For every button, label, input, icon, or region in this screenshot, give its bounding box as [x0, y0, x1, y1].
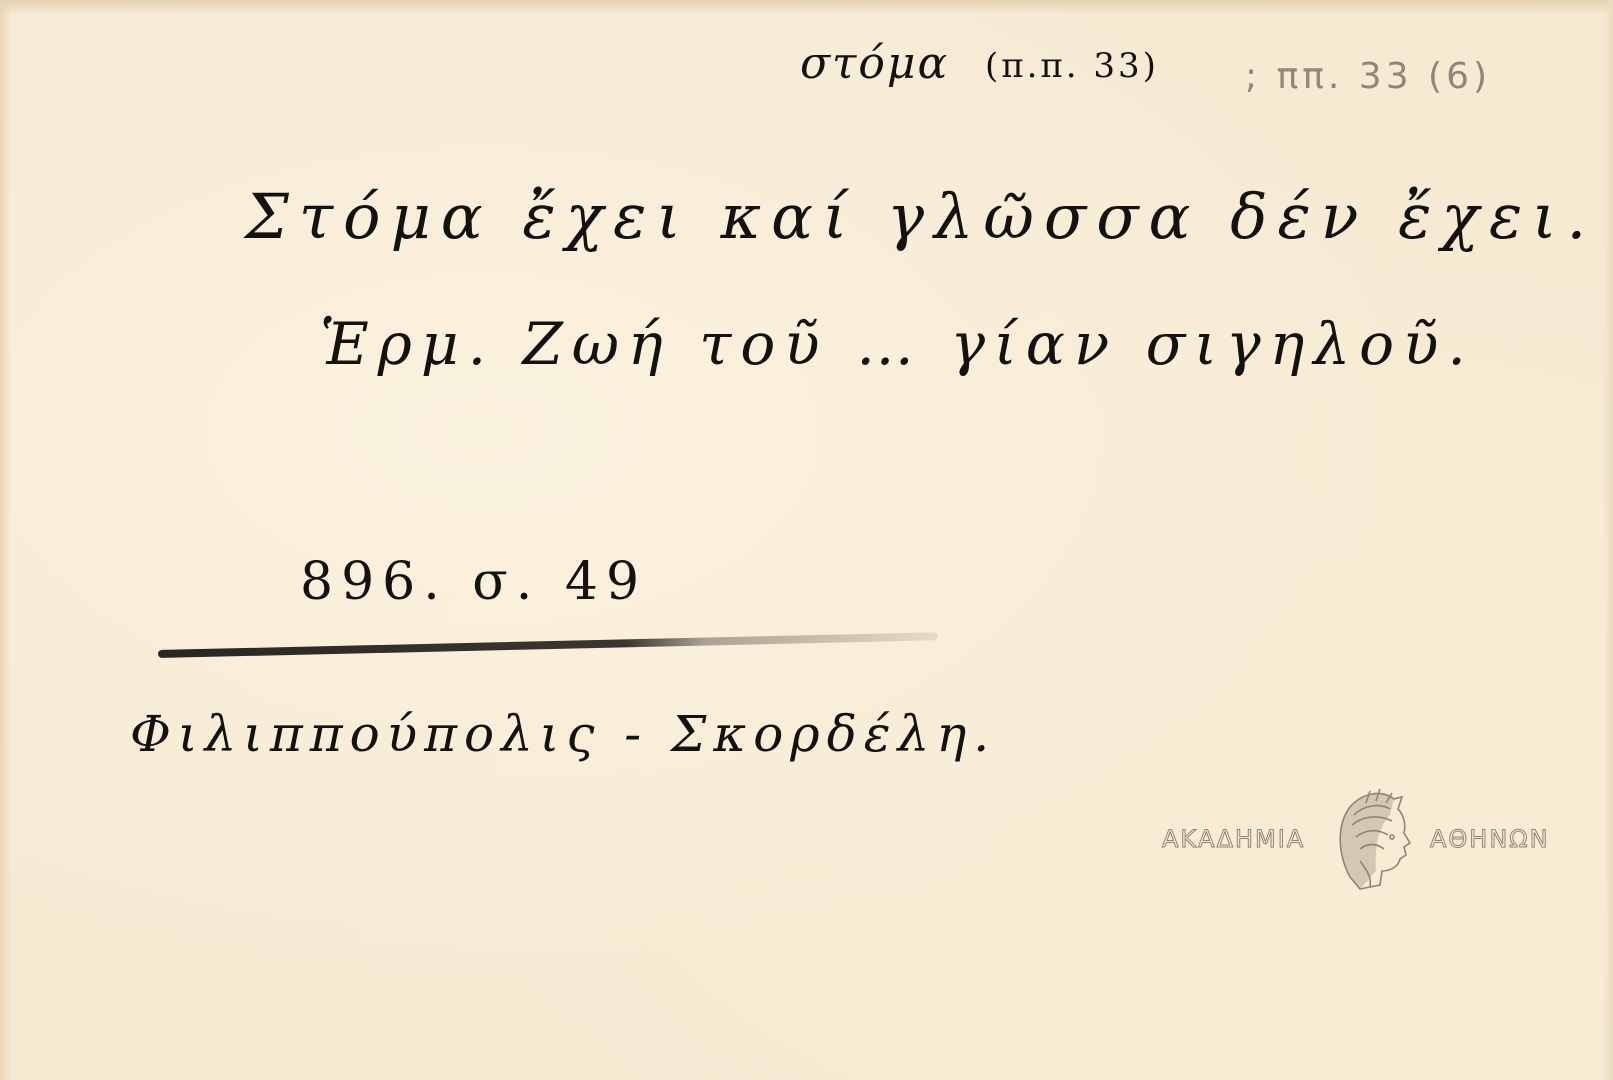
- collector-attribution: Φιλιππούπολις - Σκορδέλη.: [130, 705, 996, 763]
- card-right-edge: [1603, 0, 1613, 1080]
- divider-line: [158, 632, 938, 658]
- source-reference: 896. σ. 49: [300, 552, 647, 612]
- headword-reference: (π.π. 33): [985, 46, 1159, 86]
- watermark-left-text: ΑΚΑΔΗΜΙΑ: [1162, 825, 1305, 853]
- pencil-reference: ; ππ. 33 (6): [1245, 56, 1491, 97]
- card-left-edge: [0, 0, 12, 1080]
- index-card: στόμα (π.π. 33) ; ππ. 33 (6) Στόμα ἔχει …: [0, 0, 1613, 1080]
- proverb-text: Στόμα ἔχει καί γλῶσσα δέν ἔχει.: [245, 180, 1596, 253]
- card-top-edge: [0, 0, 1613, 14]
- explanation-text: Ἑρμ. Ζωή τοῦ … γίαν σιγηλοῦ.: [320, 310, 1475, 378]
- headword: στόμα: [800, 38, 949, 89]
- academy-watermark: ΑΚΑΔΗΜΙΑ ΑΘΗΝΩΝ: [1160, 785, 1560, 895]
- watermark-right-text: ΑΘΗΝΩΝ: [1430, 825, 1550, 853]
- athena-head-icon: [1330, 785, 1416, 895]
